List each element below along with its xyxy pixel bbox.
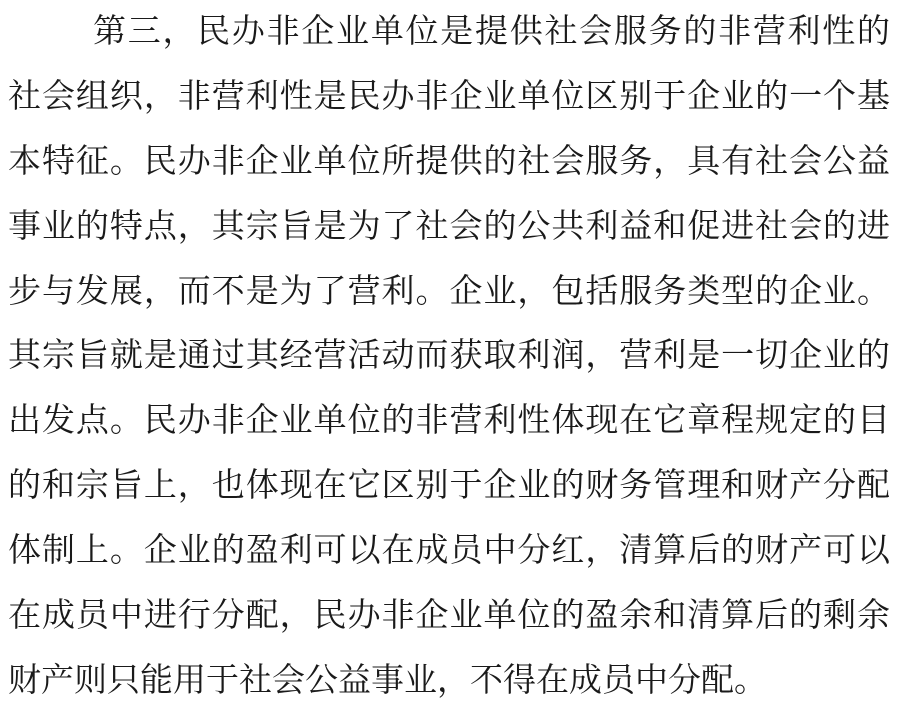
paragraph-line: 其宗旨就是通过其经营活动而获取利润，营利是一切企业的 bbox=[8, 324, 890, 389]
paragraph-line: 出发点。民办非企业单位的非营利性体现在它章程规定的目 bbox=[8, 389, 890, 454]
paragraph-line: 的和宗旨上，也体现在它区别于企业的财务管理和财产分配 bbox=[8, 454, 890, 519]
paragraph-line: 事业的特点，其宗旨是为了社会的公共利益和促进社会的进 bbox=[8, 195, 890, 260]
paragraph-line: 体制上。企业的盈利可以在成员中分红，清算后的财产可以 bbox=[8, 519, 890, 584]
paragraph-line: 本特征。民办非企业单位所提供的社会服务，具有社会公益 bbox=[8, 130, 890, 195]
paragraph-line: 财产则只能用于社会公益事业，不得在成员中分配。 bbox=[8, 649, 890, 714]
body-text-paragraph: 第三，民办非企业单位是提供社会服务的非营利性的 社会组织，非营利性是民办非企业单… bbox=[8, 0, 890, 714]
paragraph-line: 社会组织，非营利性是民办非企业单位区别于企业的一个基 bbox=[8, 65, 890, 130]
paragraph-line: 在成员中进行分配，民办非企业单位的盈余和清算后的剩余 bbox=[8, 584, 890, 649]
document-page: 第三，民办非企业单位是提供社会服务的非营利性的 社会组织，非营利性是民办非企业单… bbox=[0, 0, 900, 714]
paragraph-line: 步与发展，而不是为了营利。企业，包括服务类型的企业。 bbox=[8, 260, 890, 325]
paragraph-line: 第三，民办非企业单位是提供社会服务的非营利性的 bbox=[8, 0, 890, 65]
